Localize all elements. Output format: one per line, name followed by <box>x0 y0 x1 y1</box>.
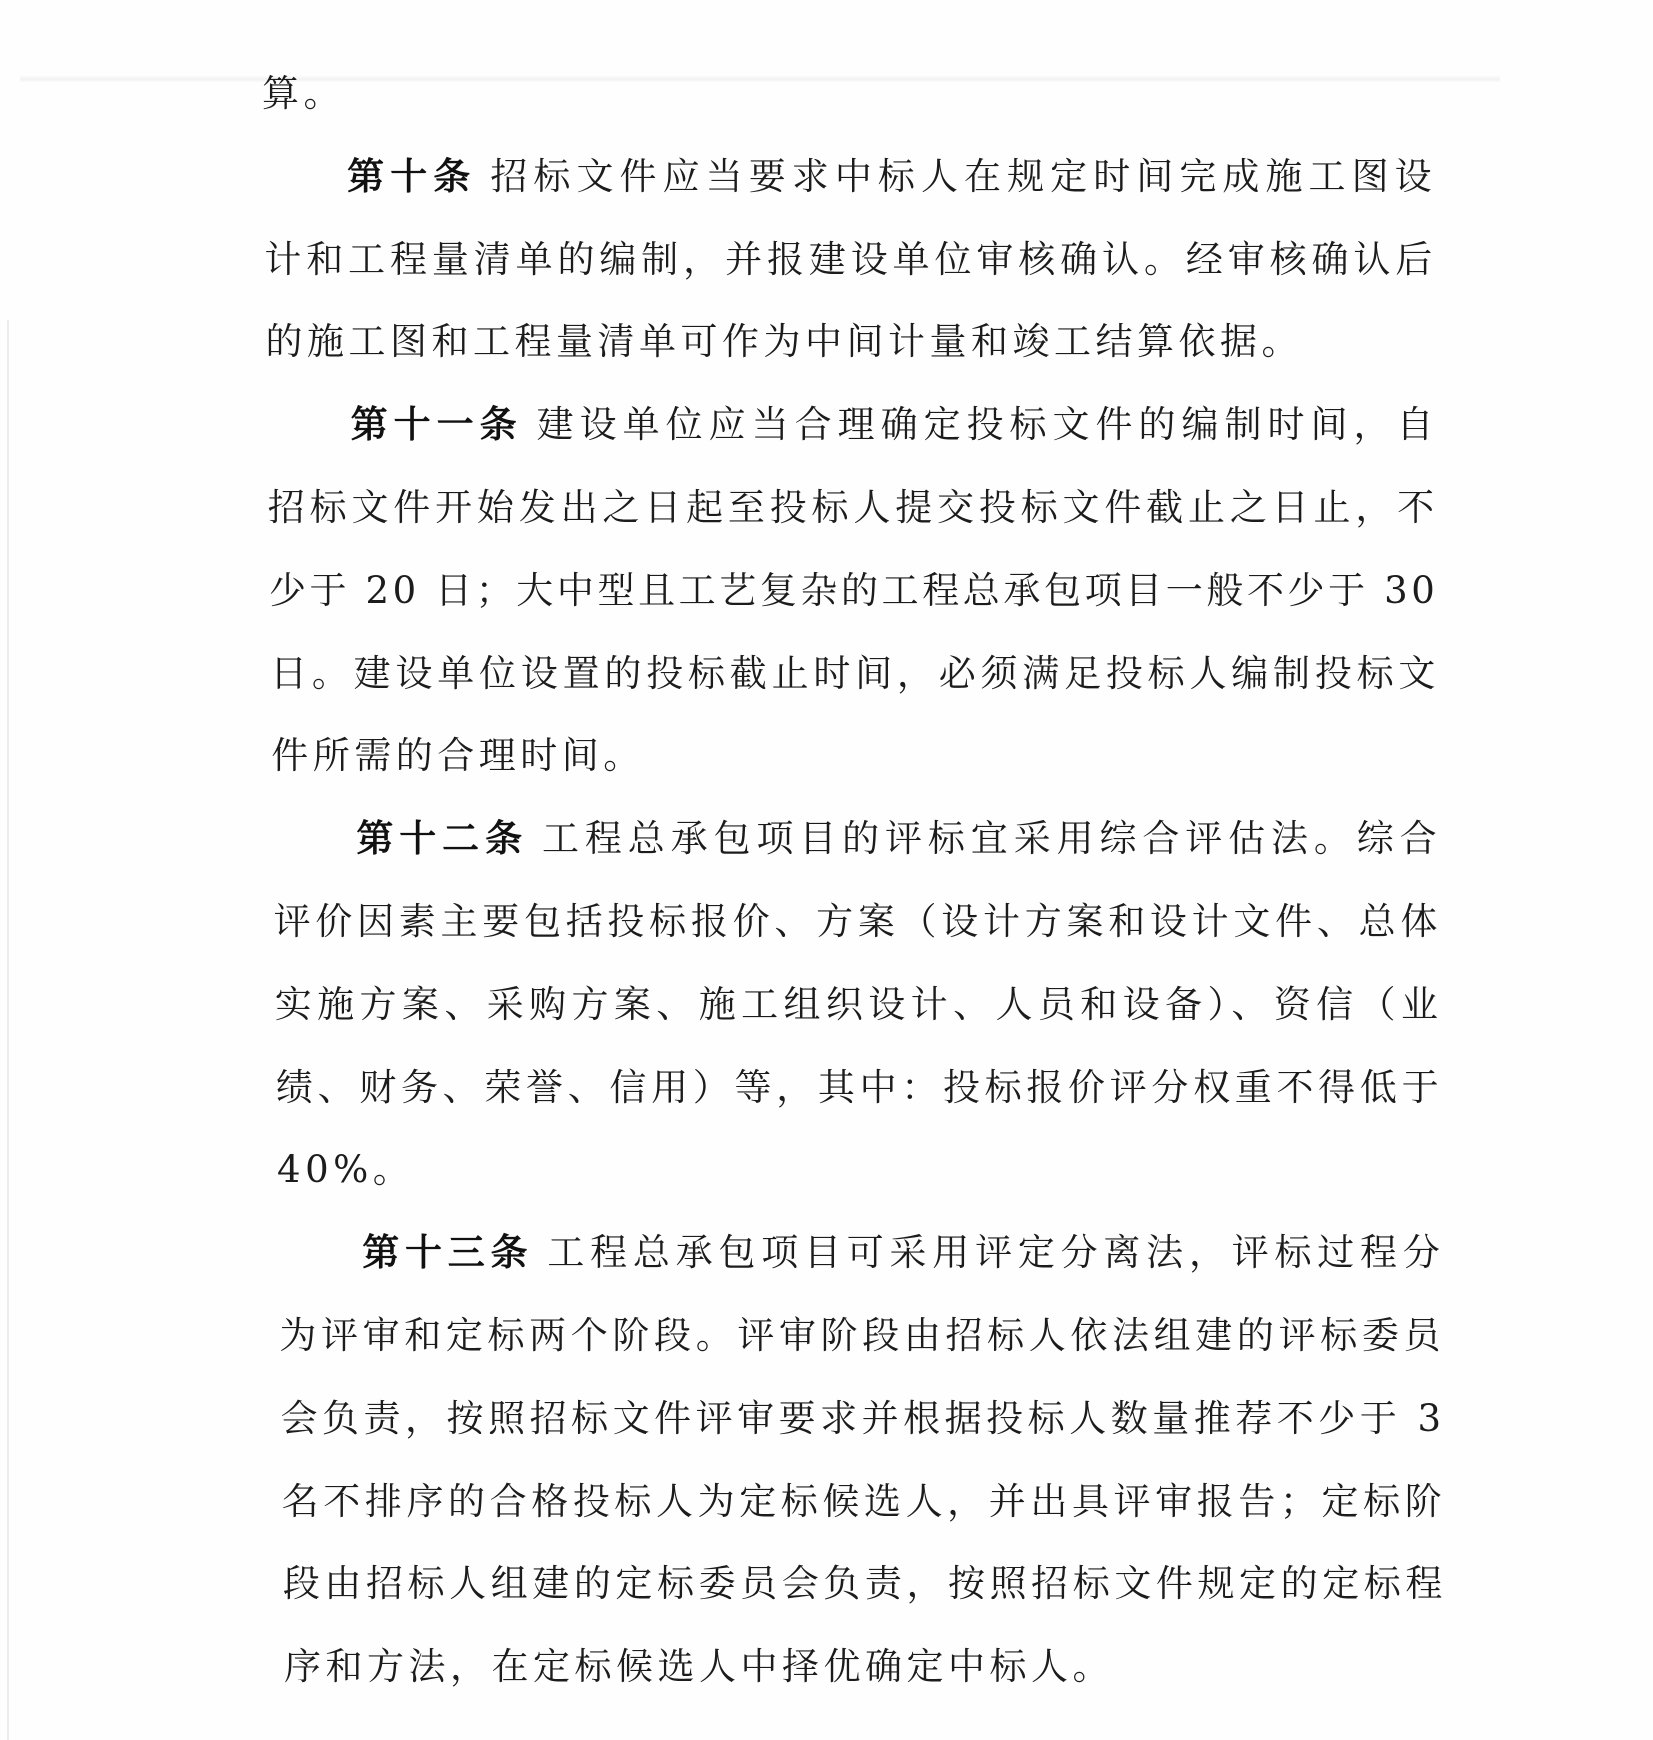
line-text: 建设单位应当合理确定投标文件的编制时间，自 <box>537 403 1440 446</box>
line-text: 评价因素主要包括投标报价、方案（设计方案和设计文件、总体 <box>274 900 1442 943</box>
text-line: 段由招标人组建的定标委员会负责，按照招标文件规定的定标程 <box>283 1560 1447 1608</box>
article-first-line: 第十一条建设单位应当合理确定投标文件的编制时间，自 <box>351 401 1440 449</box>
scan-edge-line <box>7 320 9 1740</box>
text-line: 40%。 <box>277 1146 414 1194</box>
article-number: 第十一条 <box>351 403 523 446</box>
line-text: 段由招标人组建的定标委员会负责，按照招标文件规定的定标程 <box>283 1562 1447 1605</box>
line-text: 为评审和定标两个阶段。评审阶段由招标人依法组建的评标委员 <box>279 1314 1445 1357</box>
article-number: 第十二条 <box>356 817 528 860</box>
article-number: 第十三条 <box>362 1231 533 1274</box>
line-text: 绩、财务、荣誉、信用）等，其中：投标报价评分权重不得低于 <box>276 1066 1443 1109</box>
text-line: 实施方案、采购方案、施工组织设计、人员和设备）、资信（业 <box>275 981 1444 1029</box>
line-text: 日。建设单位设置的投标截止时间，必须满足投标人编制投标文 <box>270 652 1440 695</box>
text-line: 日。建设单位设置的投标截止时间，必须满足投标人编制投标文 <box>270 650 1440 698</box>
line-text: 的施工图和工程量清单可作为中间计量和竣工结算依据。 <box>265 320 1303 363</box>
line-text: 计和工程量清单的编制，并报建设单位审核确认。经审核确认后 <box>264 238 1437 281</box>
text-line: 为评审和定标两个阶段。评审阶段由招标人依法组建的评标委员 <box>279 1312 1445 1360</box>
line-text: 序和方法，在定标候选人中择优确定中标人。 <box>284 1645 1114 1688</box>
line-text: 40%。 <box>277 1148 414 1191</box>
line-text: 招标文件应当要求中标人在规定时间完成施工图设 <box>490 155 1437 198</box>
text-line: 算。 <box>262 70 345 118</box>
text-line: 的施工图和工程量清单可作为中间计量和竣工结算依据。 <box>265 318 1303 366</box>
text-line: 少于 20 日；大中型且工艺复杂的工程总承包项目一般不少于 30 <box>269 567 1438 615</box>
text-line: 会负责，按照招标文件评审要求并根据投标人数量推荐不少于 3 <box>281 1395 1446 1443</box>
article-number: 第十条 <box>347 155 476 198</box>
line-text: 少于 20 日；大中型且工艺复杂的工程总承包项目一般不少于 30 <box>269 569 1438 612</box>
line-text: 会负责，按照招标文件评审要求并根据投标人数量推荐不少于 3 <box>281 1397 1446 1440</box>
line-text: 招标文件开始发出之日起至投标人提交投标文件截止之日止，不 <box>268 486 1439 529</box>
line-text: 算。 <box>262 72 345 115</box>
text-line: 件所需的合理时间。 <box>271 732 645 780</box>
text-line: 名不排序的合格投标人为定标候选人，并出具评审报告；定标阶 <box>282 1478 1447 1526</box>
line-text: 名不排序的合格投标人为定标候选人，并出具评审报告；定标阶 <box>282 1480 1447 1523</box>
scan-artifact-band <box>20 76 1500 82</box>
line-text: 工程总承包项目可采用评定分离法，评标过程分 <box>547 1231 1445 1274</box>
article-first-line: 第十三条工程总承包项目可采用评定分离法，评标过程分 <box>362 1229 1445 1277</box>
text-line: 绩、财务、荣誉、信用）等，其中：投标报价评分权重不得低于 <box>276 1064 1443 1112</box>
text-line: 评价因素主要包括投标报价、方案（设计方案和设计文件、总体 <box>274 898 1442 946</box>
text-line: 招标文件开始发出之日起至投标人提交投标文件截止之日止，不 <box>268 484 1439 532</box>
text-line: 计和工程量清单的编制，并报建设单位审核确认。经审核确认后 <box>264 236 1437 284</box>
line-text: 实施方案、采购方案、施工组织设计、人员和设备）、资信（业 <box>275 983 1444 1026</box>
line-text: 件所需的合理时间。 <box>271 734 645 777</box>
article-first-line: 第十二条工程总承包项目的评标宜采用综合评估法。综合 <box>356 815 1442 863</box>
text-line: 序和方法，在定标候选人中择优确定中标人。 <box>284 1643 1114 1691</box>
line-text: 工程总承包项目的评标宜采用综合评估法。综合 <box>542 817 1443 860</box>
document-page: 算。第十条招标文件应当要求中标人在规定时间完成施工图设计和工程量清单的编制，并报… <box>0 0 1653 1740</box>
article-first-line: 第十条招标文件应当要求中标人在规定时间完成施工图设 <box>347 153 1438 201</box>
